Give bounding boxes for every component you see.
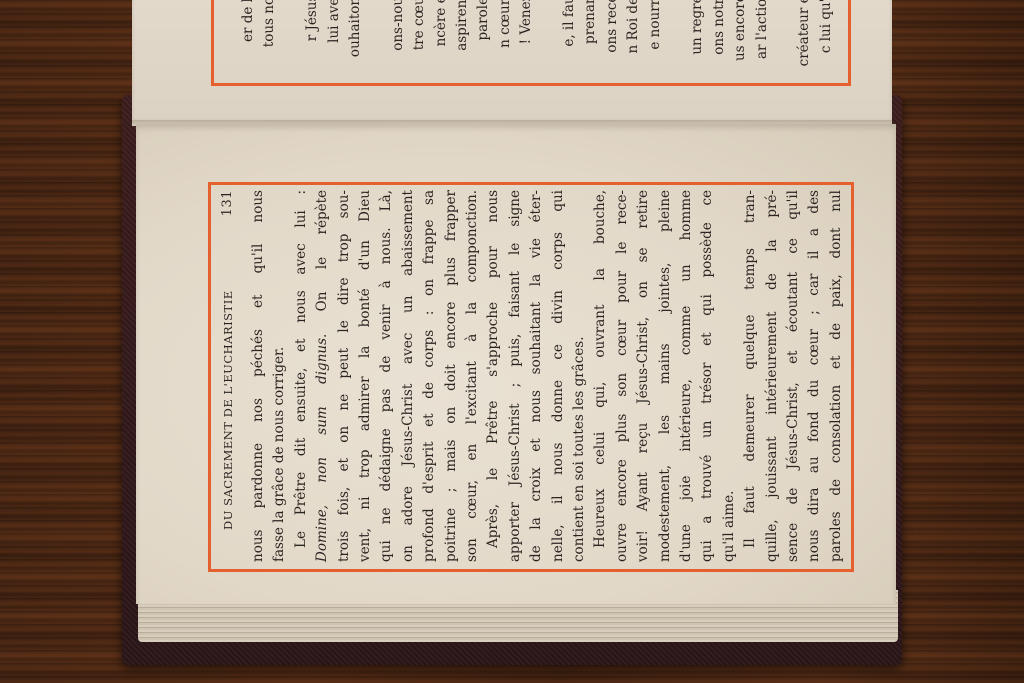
facing-text-line: r Jésus- (302, 0, 322, 80)
facing-text-line-content: un regret (687, 0, 707, 55)
facing-text-line-content: n cœur : (495, 0, 515, 48)
facing-text-line-content: ons-nous (388, 0, 408, 51)
text-line: trois fois, et on ne peut le dire trop s… (334, 190, 354, 562)
facing-text-line: ! Venez, (516, 0, 536, 80)
running-head: DU SACREMENT DE L'EUCHARISTIE 131 (218, 190, 238, 562)
facing-text-line: e nourri- (645, 0, 665, 80)
facing-text-line-content: ! Venez, (516, 0, 536, 44)
facing-text-line-content: ncère et (431, 0, 451, 46)
facing-text-line-content: ouhaitons (345, 0, 365, 57)
facing-text-line-content: er de la (238, 0, 258, 42)
text-line: Le Prêtre dit ensuite, et nous avec lui … (291, 190, 311, 562)
facing-text-line: c lui qu'il (816, 0, 836, 80)
facing-text-line: ouhaitons (345, 0, 365, 80)
text-line: voir! Ayant reçu Jésus-Christ, on se ret… (633, 190, 653, 562)
facing-text-line: prenant (580, 0, 600, 80)
facing-text-line-content: ons rece- (602, 0, 622, 53)
facing-text-line-content: e nourri- (645, 0, 665, 50)
text-line: vent, ni trop admirer la bonté d'un Dieu (355, 190, 375, 562)
page-number: 131 (218, 190, 238, 216)
text-line: sence de Jésus-Christ, et écoutant ce qu… (783, 190, 803, 562)
facing-page-text: er de latous nosr Jésus-lui avecouhaiton… (226, 0, 846, 80)
facing-text-line-content: tous nos (259, 0, 279, 47)
text-line: poitrine ; mais on doit encore plus frap… (441, 190, 461, 562)
facing-text-line: tre cœur (409, 0, 429, 80)
text-line: Après, le Prêtre s'approche pour nous (483, 190, 503, 562)
facing-text-line-content: e, il faut (559, 0, 579, 47)
facing-text-line: ons-nous (388, 0, 408, 80)
text-line: son cœur, en l'excitant à la componction… (462, 190, 482, 562)
text-line: qui ne dédaigne pas de venir à nous. Là, (376, 190, 396, 562)
facing-text-line: ncère et (431, 0, 451, 80)
facing-text-line: ar l'action (752, 0, 772, 80)
facing-text-line-content: lui avec (324, 0, 344, 43)
text-line: profond d'esprit et de corps : on frappe… (419, 190, 439, 562)
text-line: nelle, il nous donne ce divin corps qui (548, 190, 568, 562)
facing-text-line-content: ons notre (709, 0, 729, 55)
facing-text-line-content: n Roi des (623, 0, 643, 53)
text-line: on adore Jésus-Christ avec un abaissemen… (398, 190, 418, 562)
text-line: fasse la grâce de nous corriger. (269, 190, 289, 562)
text-line: contient en soi toutes les grâces. (569, 190, 589, 562)
facing-text-line: tous nos (259, 0, 279, 80)
facing-text-line-content: tre cœur (409, 0, 429, 50)
facing-text-line: lui avec (324, 0, 344, 80)
facing-text-line: créateur et (794, 0, 814, 80)
facing-text-line: n Roi des (623, 0, 643, 80)
facing-text-line: us encore, (730, 0, 750, 80)
facing-text-line-content: c lui qu'il (816, 0, 836, 53)
text-line: apporter Jésus-Christ ; puis, faisant le… (505, 190, 525, 562)
text-line: nous dira au fond du cœur ; car il a des (804, 190, 824, 562)
facing-text-line-content: ar l'action (752, 0, 772, 59)
text-line: Domine, non sum dignus. On le répète (312, 190, 332, 562)
facing-text-line-content: r Jésus- (302, 0, 322, 41)
text-line: de la croix et nous souhaitant la vie ét… (526, 190, 546, 562)
facing-text-line-content: us encore, (730, 0, 750, 61)
text-line: qui a trouvé un trésor et qui possède ce (697, 190, 717, 562)
facing-text-line-content: aspirent, (452, 0, 472, 51)
facing-text-line: er de la (238, 0, 258, 80)
facing-text-line: n cœur : (495, 0, 515, 80)
text-line: paroles de consolation et de paix, dont … (826, 190, 846, 562)
facing-text-line: ons notre (709, 0, 729, 80)
text-line: Il faut demeurer quelque temps tran- (740, 190, 760, 562)
text-line: qu'il aime. (719, 190, 739, 562)
main-page-text: DU SACREMENT DE L'EUCHARISTIE 131 nous p… (218, 190, 848, 562)
facing-text-line-content: paroles (473, 0, 493, 41)
text-line: Heureux celui qui, ouvrant la bouche, (590, 190, 610, 562)
facing-text-line: un regret (687, 0, 707, 80)
text-line: ouvre encore plus son cœur pour le rece- (612, 190, 632, 562)
chapter-title: DU SACREMENT DE L'EUCHARISTIE (218, 290, 238, 530)
facing-text-line-content: créateur et (794, 0, 814, 66)
facing-text-line: aspirent, (452, 0, 472, 80)
text-line: nous pardonne nos péchés et qu'il nous (248, 190, 268, 562)
facing-text-line: e, il faut (559, 0, 579, 80)
facing-text-line-content: prenant (580, 0, 600, 44)
text-line: d'une joie intérieure, comme un homme (676, 190, 696, 562)
text-line: quille, jouissant intérieurement de la p… (762, 190, 782, 562)
text-line: modestement, les mains jointes, pleine (655, 190, 675, 562)
facing-text-line: paroles (473, 0, 493, 80)
facing-text-line: ons rece- (602, 0, 622, 80)
